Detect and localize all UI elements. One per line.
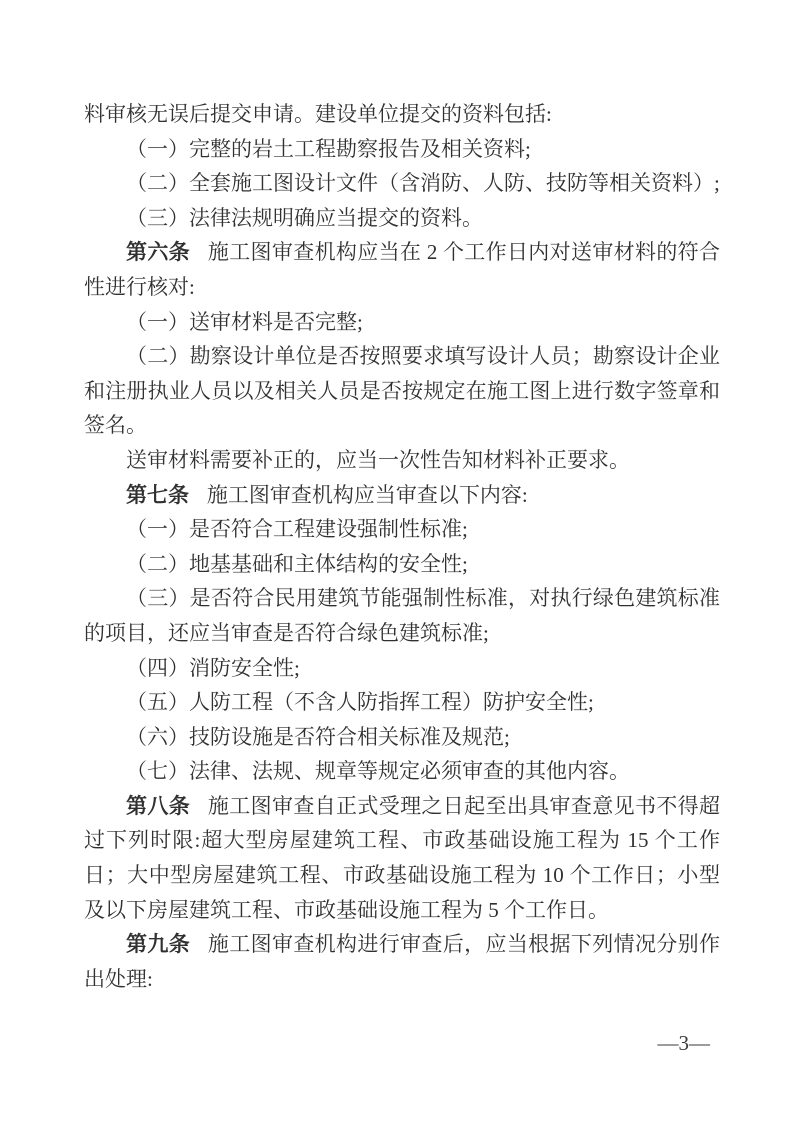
scanned-document-page: 料审核无误后提交申请。建设单位提交的资料包括:（一）完整的岩土工程勘察报告及相关…	[0, 0, 800, 1122]
paragraph-text: （二）地基基础和主体结构的安全性;	[126, 552, 468, 576]
paragraph: （二）全套施工图设计文件（含消防、人防、技防等相关资料）;	[84, 166, 720, 201]
page-number: —3—	[658, 1028, 711, 1058]
paragraph-text: 料审核无误后提交申请。建设单位提交的资料包括:	[84, 102, 552, 126]
paragraph-text: （一）送审材料是否完整;	[126, 310, 363, 334]
paragraph: （一）完整的岩土工程勘察报告及相关资料;	[84, 132, 720, 167]
paragraph-text: （二）全套施工图设计文件（含消防、人防、技防等相关资料）;	[126, 171, 720, 195]
paragraph: 料审核无误后提交申请。建设单位提交的资料包括:	[84, 97, 720, 132]
paragraph: （一）送审材料是否完整;	[84, 305, 720, 340]
article-number: 第六条	[126, 240, 190, 264]
paragraph-text: （一）完整的岩土工程勘察报告及相关资料;	[126, 137, 531, 161]
paragraph-text: （七）法律、法规、规章等规定必须审查的其他内容。	[126, 759, 630, 783]
paragraph-text: 施工图审查机构应当审查以下内容:	[207, 483, 528, 507]
article-number: 第九条	[126, 932, 190, 956]
paragraph-text: （三）法律法规明确应当提交的资料。	[126, 206, 483, 230]
paragraph-text: 送审材料需要补正的，应当一次性告知材料补正要求。	[126, 448, 630, 472]
article-paragraph: 第八条施工图审查自正式受理之日起至出具审查意见书不得超过下列时限:超大型房屋建筑…	[84, 789, 720, 927]
paragraph: 送审材料需要补正的，应当一次性告知材料补正要求。	[84, 443, 720, 478]
paragraph: （二）地基基础和主体结构的安全性;	[84, 547, 720, 582]
paragraph: （一）是否符合工程建设强制性标准;	[84, 512, 720, 547]
paragraph: （二）勘察设计单位是否按照要求填写设计人员；勘察设计企业和注册执业人员以及相关人…	[84, 339, 720, 443]
paragraph: （五）人防工程（不含人防指挥工程）防护安全性;	[84, 685, 720, 720]
paragraph-text: （五）人防工程（不含人防指挥工程）防护安全性;	[126, 690, 594, 714]
article-paragraph: 第九条施工图审查机构进行审查后，应当根据下列情况分别作出处理:	[84, 927, 720, 996]
paragraph: （四）消防安全性;	[84, 651, 720, 686]
paragraph: （六）技防设施是否符合相关标准及规范;	[84, 720, 720, 755]
article-paragraph: 第七条施工图审查机构应当审查以下内容:	[84, 478, 720, 513]
paragraph-text: （三）是否符合民用建筑节能强制性标准，对执行绿色建筑标准的项目，还应当审查是否符…	[84, 586, 720, 645]
paragraph-text: （二）勘察设计单位是否按照要求填写设计人员；勘察设计企业和注册执业人员以及相关人…	[84, 344, 720, 437]
paragraph-text: （四）消防安全性;	[126, 656, 300, 680]
paragraph-text: （一）是否符合工程建设强制性标准;	[126, 517, 468, 541]
paragraph-text: （六）技防设施是否符合相关标准及规范;	[126, 725, 510, 749]
document-body: 料审核无误后提交申请。建设单位提交的资料包括:（一）完整的岩土工程勘察报告及相关…	[84, 97, 720, 996]
paragraph: （七）法律、法规、规章等规定必须审查的其他内容。	[84, 754, 720, 789]
article-number: 第八条	[126, 794, 190, 818]
paragraph: （三）法律法规明确应当提交的资料。	[84, 201, 720, 236]
article-number: 第七条	[126, 483, 189, 507]
article-paragraph: 第六条施工图审查机构应当在 2 个工作日内对送审材料的符合性进行核对:	[84, 235, 720, 304]
paragraph: （三）是否符合民用建筑节能强制性标准，对执行绿色建筑标准的项目，还应当审查是否符…	[84, 581, 720, 650]
